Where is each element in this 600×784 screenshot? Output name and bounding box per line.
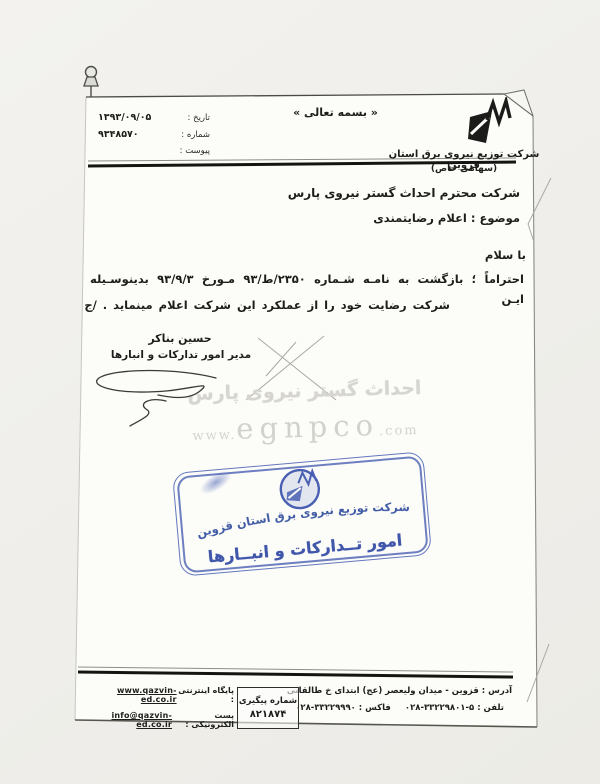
footer-phone-fax: تلفن : ۵-۳۳۲۲۹۸۰۱-۰۲۸ فاکس : ۳۳۲۲۹۹۹۰-۰۲…	[295, 703, 504, 713]
recipient-line: شرکت محترم احداث گستر نیروی پارس	[288, 186, 520, 200]
attachment-label: پیوست :	[180, 146, 210, 156]
fax-value: ۳۳۲۲۹۹۹۰-۰۲۸	[295, 703, 356, 713]
footer-links: پایگاه اینترنتی : www.qazvin-ed.co.ir پس…	[88, 686, 234, 736]
website-url: www.qazvin-ed.co.ir	[88, 686, 177, 704]
phone-value: ۵-۳۳۲۲۹۸۰۱-۰۲۸	[405, 703, 474, 713]
besmellah-heading: « بسمه تعالی »	[258, 106, 413, 119]
email-url: info@qazvin-ed.co.ir	[88, 711, 172, 729]
number-field: شماره : ۹۳۴۸۵۷۰	[98, 129, 210, 140]
date-value: ۱۳۹۳/۰۹/۰۵	[98, 112, 151, 123]
fax-entry: فاکس : ۳۳۲۲۹۹۹۰-۰۲۸	[295, 703, 391, 713]
email-label: پست الکترونیکی :	[172, 711, 234, 729]
number-value: ۹۳۴۸۵۷۰	[98, 129, 139, 140]
signer-name: حسین بناکر	[120, 332, 240, 345]
company-type: (سهامی خاص)	[378, 164, 550, 174]
date-label: تاریخ :	[188, 113, 210, 123]
number-label: شماره :	[181, 130, 210, 140]
subject-line: موضوع : اعلام رضایتمندی	[373, 211, 520, 225]
email-row: پست الکترونیکی : info@qazvin-ed.co.ir	[88, 711, 234, 729]
pushpin-icon	[79, 64, 105, 100]
signer-title: مدیر امور تدارکات و انبارها	[96, 349, 266, 361]
scanned-letter-page: « بسمه تعالی » شرکت توزیع نیروی برق استا…	[0, 0, 600, 784]
handwritten-signature	[86, 362, 236, 442]
header-fields: تاریخ : ۱۳۹۳/۰۹/۰۵ شماره : ۹۳۴۸۵۷۰ پیوست…	[98, 112, 210, 162]
website-label: پایگاه اینترنتی :	[177, 686, 234, 704]
salutation-line: با سلام	[485, 248, 526, 262]
phone-entry: تلفن : ۵-۳۳۲۲۹۸۰۱-۰۲۸	[405, 703, 504, 713]
stamp-emblem-icon	[279, 469, 320, 510]
body-text-line-2: شرکت رضایت خود را از عملکرد این شرکت اعل…	[84, 298, 450, 312]
company-logo-icon	[462, 97, 514, 151]
tracking-number: ۸۲۱۸۷۴	[250, 709, 287, 720]
department-stamp: شرکت توزیع نیروی برق استان قزوین امور تـ…	[172, 451, 432, 577]
website-row: پایگاه اینترنتی : www.qazvin-ed.co.ir	[88, 686, 234, 704]
phone-label: تلفن :	[477, 703, 504, 713]
tracking-label: شماره پیگیری	[239, 696, 297, 706]
fax-label: فاکس :	[359, 703, 391, 713]
attachment-field: پیوست :	[98, 146, 210, 156]
tracking-number-box: شماره پیگیری ۸۲۱۸۷۴	[237, 687, 299, 729]
date-field: تاریخ : ۱۳۹۳/۰۹/۰۵	[98, 112, 210, 123]
footer-address: آدرس : قزوین - میدان ولیعصر (عج) ابتدای …	[287, 686, 512, 696]
